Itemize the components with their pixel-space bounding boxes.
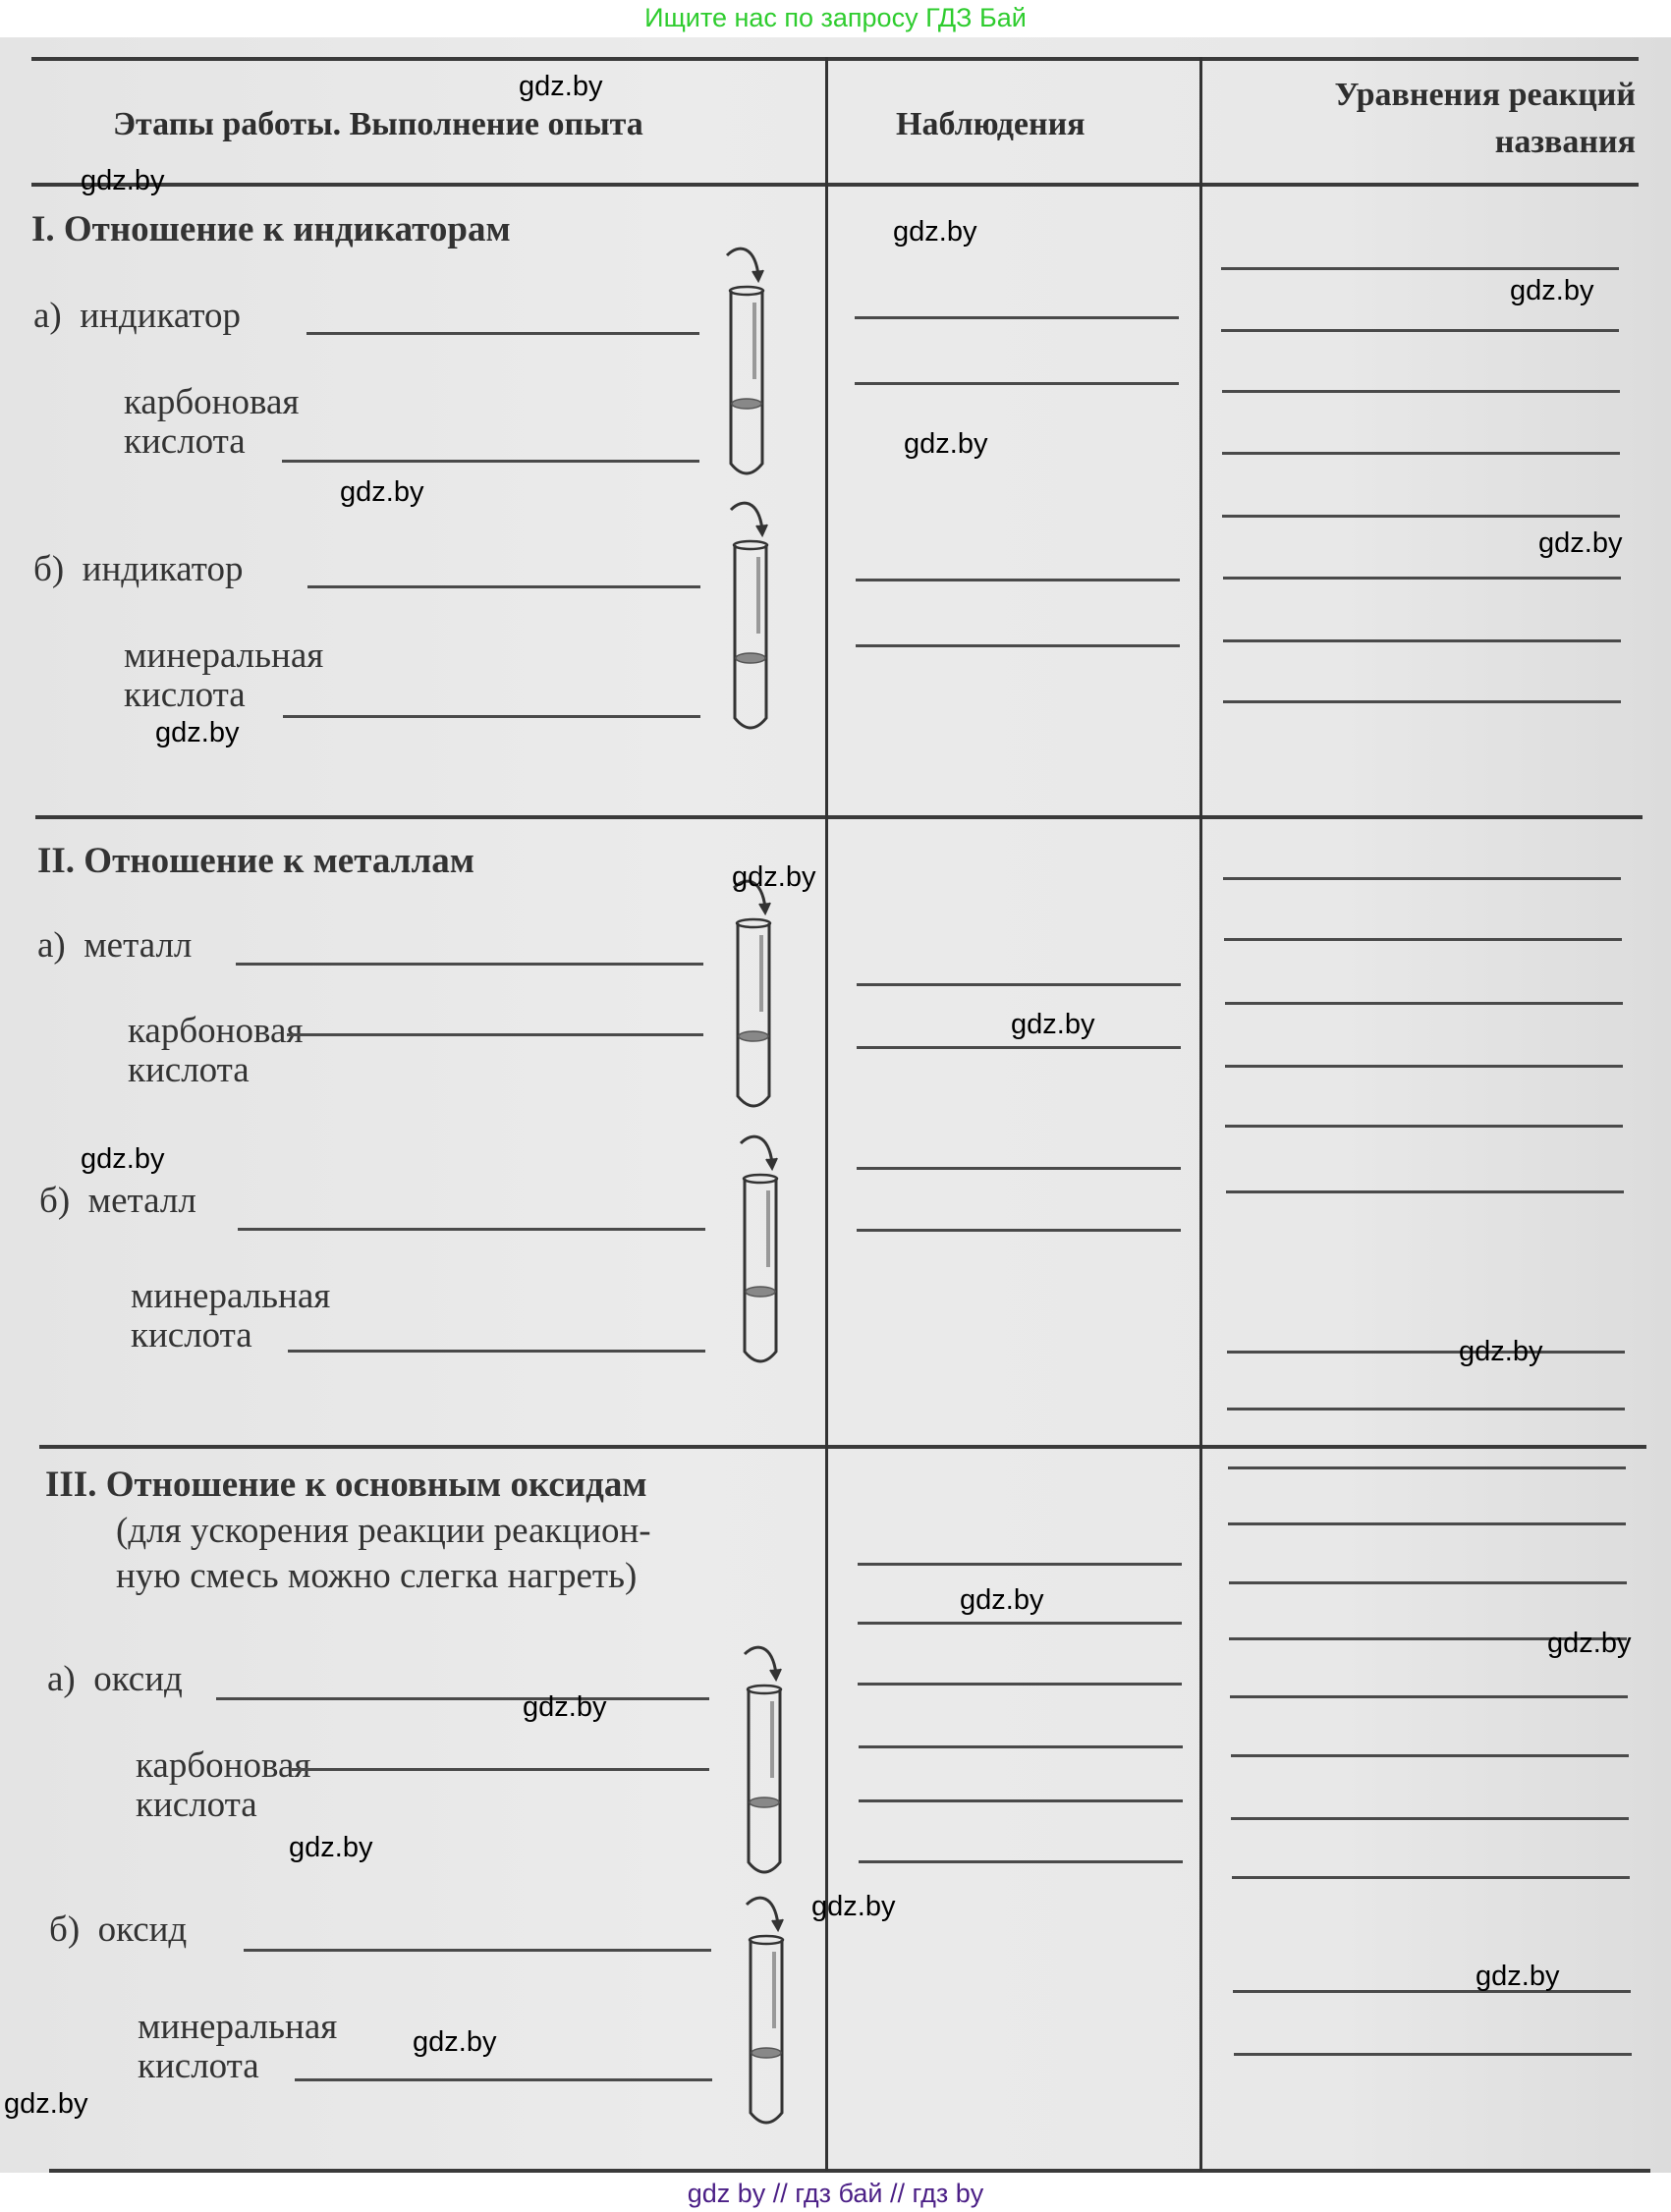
test-tube-icon [745,1891,804,2136]
watermark-text: gdz.by [340,476,423,509]
equation-answer-line[interactable] [1225,1002,1623,1005]
section-2-title: II. Отношение к металлам [37,840,474,882]
item-reagent: индикатор [80,296,241,336]
observation-answer-line[interactable] [858,1622,1182,1625]
equation-answer-line[interactable] [1223,577,1621,580]
item-marker: а) [37,925,66,966]
observation-answer-line[interactable] [855,316,1179,319]
table-top-border [31,57,1639,61]
section-3-title: III. Отношение к основным оксидам [45,1464,647,1506]
watermark-text: gdz.by [1476,1961,1559,1993]
acid-label-1a: карбоновая кислота [124,383,299,462]
answer-line-1a-reagent[interactable] [306,332,699,335]
equation-answer-line[interactable] [1223,700,1621,703]
watermark-text: gdz.by [732,861,815,894]
equation-answer-line[interactable] [1234,2053,1632,2056]
watermark-text: gdz.by [155,717,239,749]
equation-answer-line[interactable] [1224,938,1622,941]
watermark-text: gdz.by [811,1891,895,1923]
equation-answer-line[interactable] [1222,452,1620,455]
equation-answer-line[interactable] [1231,1817,1629,1820]
watermark-text: gdz.by [1011,1009,1094,1041]
observation-answer-line[interactable] [856,644,1180,647]
equation-answer-line[interactable] [1225,1065,1623,1068]
equation-answer-line[interactable] [1221,329,1619,332]
acid-label-3b: минеральная кислота [138,2008,337,2086]
watermark-text: gdz.by [1538,527,1622,560]
watermark-text: gdz.by [1510,275,1593,307]
section-3-note: (для ускорения реакции реакцион- ную сме… [116,1509,651,1599]
answer-line-3b-acid[interactable] [295,2078,712,2081]
section-2-bottom-border [39,1445,1646,1449]
item-reagent: оксид [93,1659,183,1699]
answer-line-1b-acid[interactable] [283,715,700,718]
header-bottom-border [31,183,1639,187]
worksheet-page [0,37,1671,2173]
equation-answer-line[interactable] [1225,1125,1623,1128]
equation-answer-line[interactable] [1226,1190,1624,1193]
answer-line-1a-acid[interactable] [282,460,699,463]
observation-answer-line[interactable] [857,1229,1181,1232]
test-tube-icon [725,242,784,487]
item-2b-label: б) металл [39,1182,196,1221]
observation-answer-line[interactable] [857,983,1181,986]
watermark-text: gdz.by [519,71,602,103]
item-3a-label: а) оксид [47,1660,183,1699]
header-equations-line2: названия [1277,124,1636,161]
answer-line-1b-reagent[interactable] [307,585,700,588]
answer-line-2a-reagent[interactable] [236,963,703,966]
watermark-text: gdz.by [523,1691,606,1724]
answer-line-2b-acid[interactable] [288,1350,705,1353]
equation-answer-line[interactable] [1231,1754,1629,1757]
item-reagent: оксид [98,1909,188,1950]
acid-label-1b: минеральная кислота [124,636,323,715]
watermark-text: gdz.by [289,1832,372,1864]
column-divider-1 [825,57,828,2171]
item-reagent: металл [84,925,192,966]
test-tube-icon [739,1130,798,1375]
item-3b-label: б) оксид [49,1910,187,1950]
item-marker: б) [33,549,64,589]
section-1-title: I. Отношение к индикаторам [31,208,511,250]
answer-line-3a-reagent[interactable] [216,1697,709,1700]
equation-answer-line[interactable] [1222,515,1620,518]
watermark-text: gdz.by [904,428,987,461]
header-equations-line1: Уравнения реакций [1277,77,1636,114]
item-1a-label: а) индикатор [33,297,241,336]
top-banner: Ищите нас по запросу ГДЗ Бай [0,0,1671,37]
equation-answer-line[interactable] [1230,1695,1628,1698]
equation-answer-line[interactable] [1221,267,1619,270]
observation-answer-line[interactable] [855,382,1179,385]
watermark-text: gdz.by [4,2088,87,2121]
watermark-text: gdz.by [893,216,976,249]
bottom-footer: gdz by // гдз бай // гдз by [0,2173,1671,2212]
item-2a-label: а) металл [37,926,192,966]
item-reagent: индикатор [83,549,244,589]
observation-answer-line[interactable] [858,1563,1182,1566]
watermark-text: gdz.by [413,2026,496,2059]
observation-answer-line[interactable] [857,1046,1181,1049]
section-1-bottom-border [35,815,1643,819]
test-tube-icon [732,874,791,1120]
observation-answer-line[interactable] [859,1745,1183,1748]
observation-answer-line[interactable] [859,1799,1183,1802]
watermark-text: gdz.by [1459,1336,1542,1368]
equation-answer-line[interactable] [1233,1990,1631,1993]
watermark-text: gdz.by [81,165,164,197]
observation-answer-line[interactable] [859,1860,1183,1863]
banner-text: Ищите нас по запросу ГДЗ Бай [644,3,1027,32]
equation-answer-line[interactable] [1223,877,1621,880]
item-marker: б) [49,1909,80,1950]
equation-answer-line[interactable] [1228,1522,1626,1525]
watermark-text: gdz.by [81,1143,164,1176]
item-reagent: металл [88,1181,196,1221]
equation-answer-line[interactable] [1223,639,1621,642]
footer-text: gdz by // гдз бай // гдз by [688,2179,984,2208]
acid-label-3a: карбоновая кислота [136,1746,310,1825]
answer-line-2a-acid[interactable] [287,1033,703,1036]
item-marker: а) [33,296,62,336]
item-marker: а) [47,1659,76,1699]
answer-line-3a-acid[interactable] [292,1768,709,1771]
watermark-text: gdz.by [1547,1628,1631,1660]
header-observations: Наблюдения [896,106,1086,143]
item-marker: б) [39,1181,70,1221]
equation-answer-line[interactable] [1228,1466,1626,1469]
equation-answer-line[interactable] [1229,1581,1627,1584]
column-divider-2 [1199,57,1202,2171]
header-steps: Этапы работы. Выполнение опыта [113,106,643,143]
test-tube-icon [743,1640,802,1886]
watermark-text: gdz.by [960,1584,1043,1617]
equation-answer-line[interactable] [1227,1408,1625,1410]
answer-line-2b-reagent[interactable] [238,1228,705,1231]
answer-line-3b-reagent[interactable] [244,1949,711,1952]
observation-answer-line[interactable] [858,1683,1182,1686]
equation-answer-line[interactable] [1222,390,1620,393]
observation-answer-line[interactable] [857,1167,1181,1170]
item-1b-label: б) индикатор [33,550,243,589]
acid-label-2a: карбоновая кислота [128,1012,303,1090]
acid-label-2b: минеральная кислота [131,1277,330,1355]
equation-answer-line[interactable] [1227,1351,1625,1354]
test-tube-icon [729,496,788,742]
equation-answer-line[interactable] [1232,1876,1630,1879]
observation-answer-line[interactable] [856,579,1180,581]
